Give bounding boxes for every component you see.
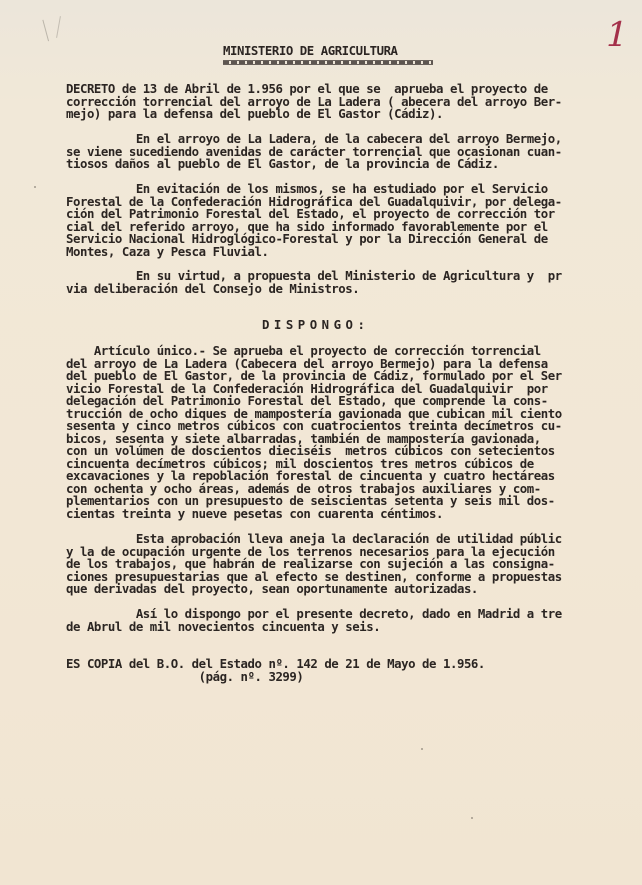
ministry-title: MINISTERIO DE AGRICULTURA (223, 44, 398, 58)
document-page: 1 MINISTERIO DE AGRICULTURA DECRETO de 1… (0, 0, 642, 885)
paragraph-line: tiosos daños al pueblo de El Gastor, de … (66, 158, 499, 171)
decree-heading-line: mejo) para la defensa del pueblo de El G… (66, 108, 443, 121)
paper-speck (421, 748, 423, 750)
paragraph-line: de Abrul de mil novecientos cincuenta y … (66, 621, 380, 634)
copy-note-line: (pág. nº. 3299) (66, 671, 303, 684)
paragraph-line: que derivadas del proyecto, sean oportun… (66, 583, 478, 596)
paragraph-line: via deliberación del Consejo de Ministro… (66, 283, 359, 296)
paper-speck (34, 186, 36, 188)
article-line: cientas treinta y nueve pesetas con cuar… (66, 508, 443, 521)
title-underline (223, 60, 433, 65)
handwritten-page-number: 1 (602, 18, 631, 52)
paragraph-line: Montes, Caza y Pesca Fluvial. (66, 246, 268, 259)
paper-speck (471, 817, 473, 819)
dispongo-heading: DISPONGO: (262, 318, 369, 332)
